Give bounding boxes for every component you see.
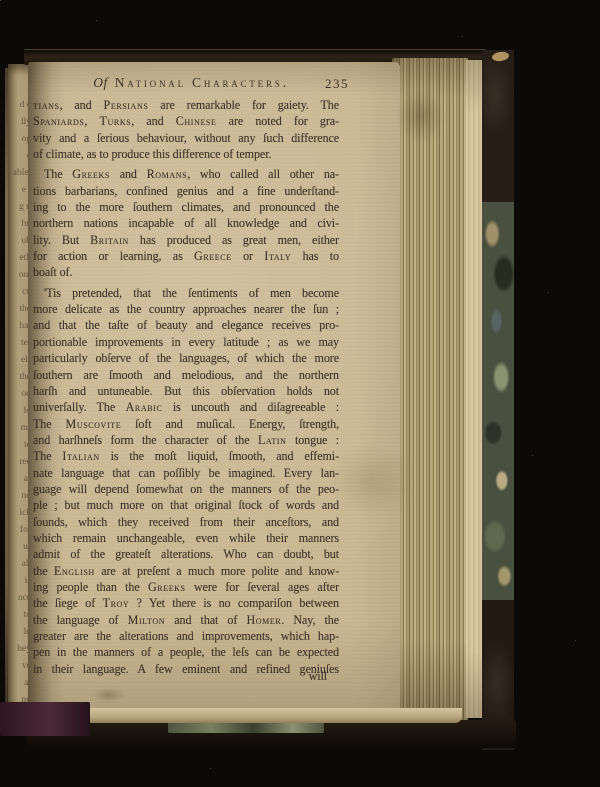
body-line: particularly obſerve of the languages, o… xyxy=(33,350,339,366)
body-line: The Greeks and Romans, who called all ot… xyxy=(33,166,339,182)
page-bottom-edge xyxy=(46,708,462,723)
small-caps-name: Romans xyxy=(147,167,188,181)
small-caps-name: Latin xyxy=(258,433,287,447)
cover-board-strip xyxy=(482,50,514,750)
body-line: univerſally. The Arabic is uncouth and d… xyxy=(33,399,339,415)
body-line: which remain unchangeable, even while th… xyxy=(33,530,339,546)
body-line: greater are the alterations and improvem… xyxy=(33,628,339,644)
body-line: ple ; but much more on that original ſto… xyxy=(33,497,339,513)
paragraph: The Greeks and Romans, who called all ot… xyxy=(33,166,339,280)
small-caps-name: Italy xyxy=(264,249,291,263)
body-line: of climate, as to produce this differenc… xyxy=(33,146,339,162)
page-number: 235 xyxy=(325,76,349,92)
body-line: nate language that can poſſibly be imagi… xyxy=(33,465,339,481)
dust-specks xyxy=(0,0,1,1)
body-line: tions barbarians, confined genius and a … xyxy=(33,183,339,199)
small-caps-name: English xyxy=(54,564,95,578)
bottom-left-cover-corner xyxy=(0,702,90,736)
small-caps-name: Spaniards xyxy=(33,114,84,128)
header-title-prefix: Of xyxy=(93,75,108,90)
body-line: lity. But Britain has produced as great … xyxy=(33,232,339,248)
small-caps-name: Milton xyxy=(128,613,165,627)
body-line: The Muscovite ſoft and muſical. Energy, … xyxy=(33,416,339,432)
body-line: more delicate as the country approaches … xyxy=(33,301,339,317)
small-caps-name: Muscovite xyxy=(65,417,121,431)
small-caps-name: Britain xyxy=(90,233,129,247)
body-line: guage will depend ſomewhat on the manner… xyxy=(33,481,339,497)
small-caps-name: Chinese xyxy=(176,114,217,128)
fore-edge-inner-pages xyxy=(466,60,482,718)
paragraph: tians, and Persians are remarkable for g… xyxy=(33,97,339,162)
book-photograph: d cllyogcable,e tg uhuubethoutcuthehatte… xyxy=(0,0,600,787)
body-line: The Italian is the moſt liquid, ſmooth, … xyxy=(33,448,339,464)
body-line: the English are at preſent a much more p… xyxy=(33,563,339,579)
small-caps-name: Italian xyxy=(62,449,99,463)
body-line: ſouthern are ſmooth and melodious, and t… xyxy=(33,367,339,383)
running-header: OfNational Characters. 235 xyxy=(33,74,349,92)
small-caps-name: Arabic xyxy=(126,400,163,414)
small-caps-name: Homer xyxy=(246,613,281,627)
body-line: ſounds, which they received from their a… xyxy=(33,514,339,530)
body-line: Spaniards, Turks, and Chinese are noted … xyxy=(33,113,339,129)
small-caps-name: Greeks xyxy=(72,167,110,181)
body-line: and harſhneſs form the character of the … xyxy=(33,432,339,448)
fore-edge-page-stack xyxy=(392,58,468,720)
body-line: boaſt of. xyxy=(33,264,339,280)
body-line: ing to the more ſouthern climates, and p… xyxy=(33,199,339,215)
header-title: National Characters. xyxy=(115,75,289,90)
body-line: the language of Milton and that of Homer… xyxy=(33,612,339,628)
marbled-board-edge xyxy=(482,202,514,600)
paragraph: 'Tis pretended, that the ſentiments of m… xyxy=(33,285,339,677)
body-line: 'Tis pretended, that the ſentiments of m… xyxy=(33,285,339,301)
leather-cover-top xyxy=(482,50,514,202)
body-line: vity and a ſerious behaviour, without an… xyxy=(33,130,339,146)
catchword-block: will xyxy=(33,667,339,684)
body-line: for action or learning, as Greece or Ita… xyxy=(33,248,339,264)
body-line: the ſiege of Troy ? Yet there is no comp… xyxy=(33,595,339,611)
small-caps-name: Greece xyxy=(194,249,232,263)
catchword: will xyxy=(33,668,339,684)
body-line: tians, and Persians are remarkable for g… xyxy=(33,97,339,113)
body-line: and that the taſte of beauty and eleganc… xyxy=(33,317,339,333)
text-block: tians, and Persians are remarkable for g… xyxy=(33,97,339,677)
bottom-marble-sliver xyxy=(168,722,324,733)
small-caps-name: Turks xyxy=(100,114,132,128)
body-line: admit of the greateſt alterations. Who c… xyxy=(33,546,339,562)
body-line: northern nations incapable of all knowle… xyxy=(33,215,339,231)
small-caps-name: Greeks xyxy=(148,580,186,594)
small-caps-name: Troy xyxy=(103,596,130,610)
body-line: ing people than the Greeks were for ſeve… xyxy=(33,579,339,595)
page-surface: OfNational Characters. 235 tians, and Pe… xyxy=(28,62,400,712)
body-line: portionable improvements in every latitu… xyxy=(33,334,339,350)
body-line: harſh and untuneable. But this obſervati… xyxy=(33,383,339,399)
small-caps-name: tians xyxy=(33,98,60,112)
body-line: pen in the manners of a people, the leſs… xyxy=(33,644,339,660)
small-caps-name: Persians xyxy=(104,98,149,112)
